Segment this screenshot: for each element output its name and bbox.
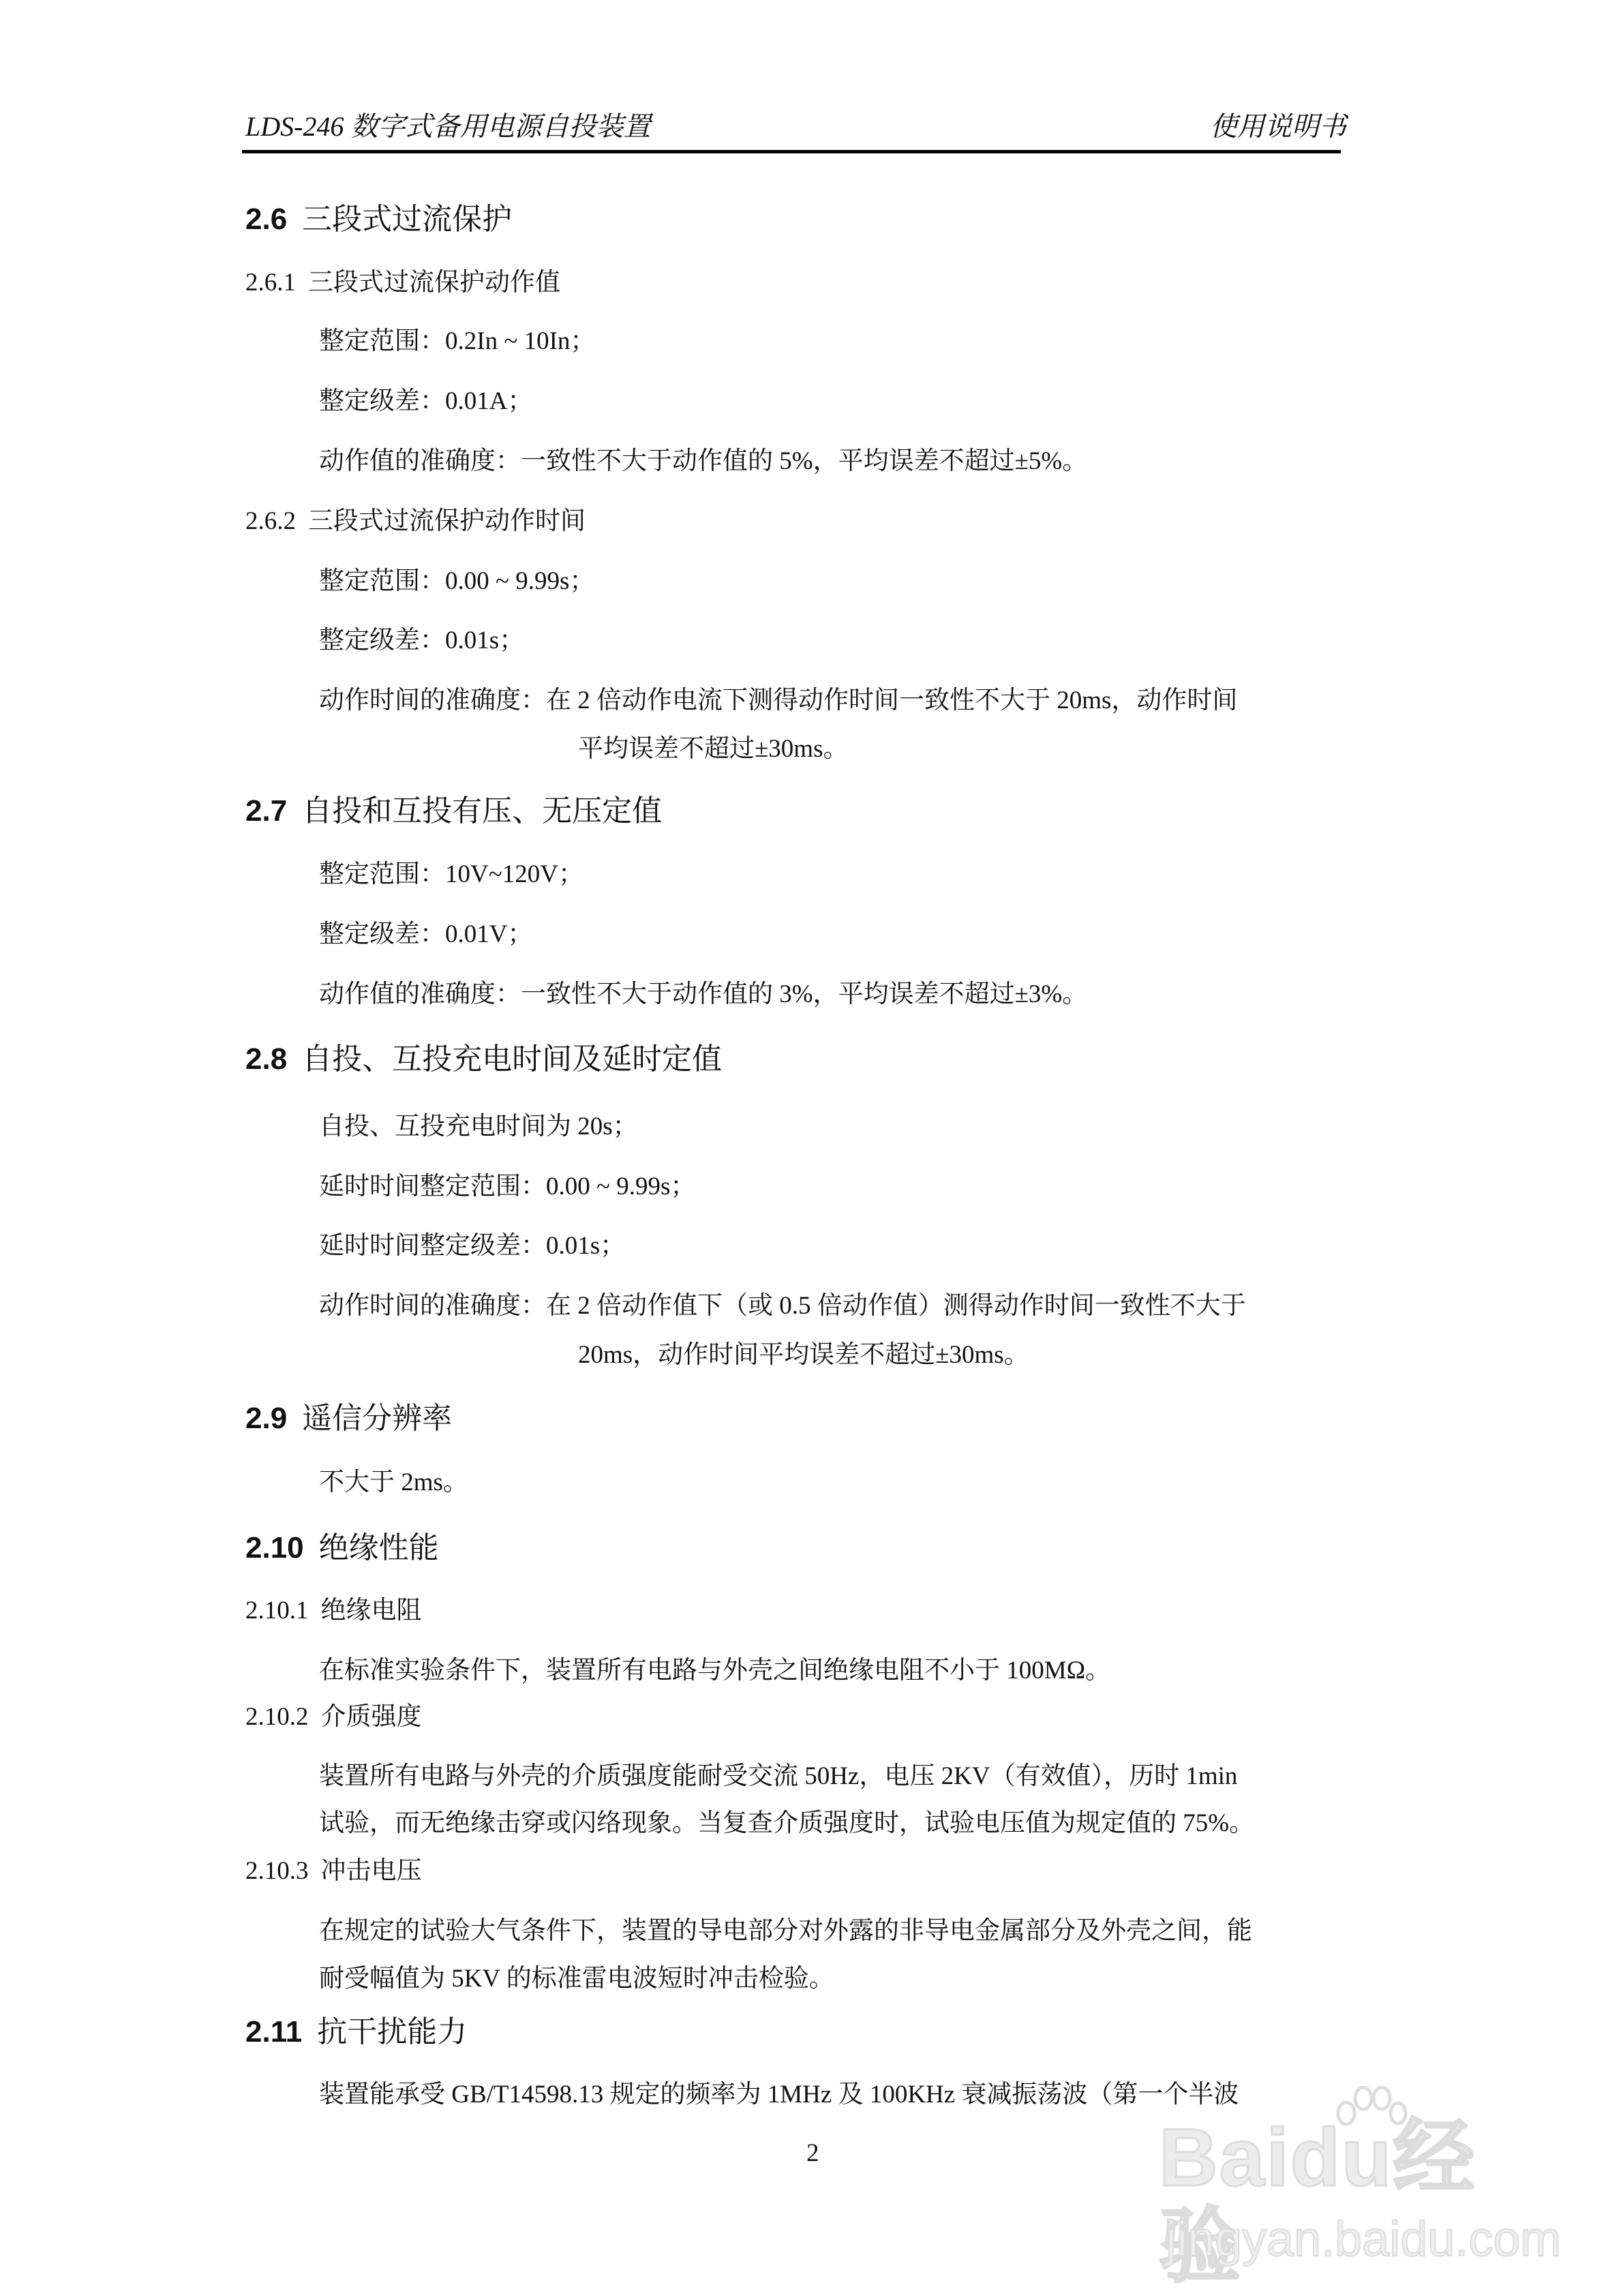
subsection-heading-2-10-2: 2.10.2介质强度 xyxy=(245,1702,422,1733)
paragraph-line: 自投、互投充电时间为 20s； xyxy=(319,1111,638,1143)
paragraph-line: 耐受幅值为 5KV 的标准雷电波短时冲击检验。 xyxy=(319,1963,834,1995)
subsection-title: 三段式过流保护动作时间 xyxy=(308,507,586,535)
paragraph-line: 整定级差：0.01A； xyxy=(319,386,532,417)
paragraph-line: 动作时间的准确度：在 2 倍动作值下（或 0.5 倍动作值）测得动作时间一致性不… xyxy=(319,1290,1246,1322)
section-heading-2-11: 2.11抗干扰能力 xyxy=(245,2014,467,2050)
paragraph-line: 整定范围：0.00 ~ 9.99s； xyxy=(319,566,594,597)
page-number: 2 xyxy=(806,2138,819,2169)
section-number: 2.11 xyxy=(245,2015,302,2049)
paragraph-line: 在标准实验条件下，装置所有电路与外壳之间绝缘电阻不小于 100MΩ。 xyxy=(319,1655,1110,1687)
section-heading-2-9: 2.9遥信分辨率 xyxy=(245,1401,452,1436)
section-title: 抗干扰能力 xyxy=(317,2014,467,2049)
subsection-number: 2.10.3 xyxy=(245,1857,309,1885)
paragraph-line: 20ms，动作时间平均误差不超过±30ms。 xyxy=(578,1340,1029,1371)
section-number: 2.8 xyxy=(245,1042,287,1076)
paragraph-line: 延时时间整定级差：0.01s； xyxy=(319,1230,625,1262)
section-title: 三段式过流保护 xyxy=(302,202,512,237)
subsection-heading-2-10-1: 2.10.1绝缘电阻 xyxy=(245,1595,422,1627)
watermark-url: jingyan.baidu.com xyxy=(1166,2212,1561,2267)
subsection-number: 2.6.2 xyxy=(245,507,296,535)
paragraph-line: 动作值的准确度：一致性不大于动作值的 3%，平均误差不超过±3%。 xyxy=(319,979,1087,1010)
paragraph-line: 整定级差：0.01s； xyxy=(319,625,524,656)
paragraph-line: 整定级差：0.01V； xyxy=(319,919,532,950)
paragraph-line: 不大于 2ms。 xyxy=(319,1467,468,1498)
section-heading-2-8: 2.8自投、互投充电时间及延时定值 xyxy=(245,1042,722,1077)
paragraph-line: 平均误差不超过±30ms。 xyxy=(578,734,849,765)
section-heading-2-6: 2.6三段式过流保护 xyxy=(245,202,512,237)
paragraph-line: 试验，而无绝缘击穿或闪络现象。当复查介质强度时，试验电压值为规定值的 75%。 xyxy=(319,1808,1254,1839)
section-title: 自投和互投有压、无压定值 xyxy=(302,794,662,828)
paragraph-line: 整定范围：10V~120V； xyxy=(319,859,583,890)
header-title: LDS-246 数字式备用电源自投装置 xyxy=(245,110,650,143)
section-number: 2.7 xyxy=(245,794,287,828)
subsection-number: 2.6.1 xyxy=(245,269,296,297)
paragraph-line: 装置能承受 GB/T14598.13 规定的频率为 1MHz 及 100KHz … xyxy=(319,2079,1239,2111)
section-heading-2-7: 2.7自投和互投有压、无压定值 xyxy=(245,794,662,829)
subsection-title: 三段式过流保护动作值 xyxy=(308,269,560,297)
subsection-number: 2.10.2 xyxy=(245,1703,309,1731)
header-doc-type: 使用说明书 xyxy=(1210,110,1346,143)
paragraph-line: 整定范围：0.2In ~ 10In； xyxy=(319,326,595,357)
section-number: 2.9 xyxy=(245,1402,287,1435)
subsection-heading-2-6-1: 2.6.1三段式过流保护动作值 xyxy=(245,267,560,299)
paragraph-line: 动作值的准确度：一致性不大于动作值的 5%，平均误差不超过±5%。 xyxy=(319,446,1087,477)
subsection-number: 2.10.1 xyxy=(245,1597,309,1625)
section-heading-2-10: 2.10绝缘性能 xyxy=(245,1530,439,1566)
section-title: 绝缘性能 xyxy=(319,1530,439,1565)
section-number: 2.6 xyxy=(245,202,287,236)
baidu-watermark: Baidu经验 jingyan.baidu.com xyxy=(1159,2086,1541,2284)
subsection-heading-2-6-2: 2.6.2三段式过流保护动作时间 xyxy=(245,506,586,537)
section-number: 2.10 xyxy=(245,1531,304,1565)
document-page: LDS-246 数字式备用电源自投装置 使用说明书 2.6三段式过流保护 2.6… xyxy=(0,0,1623,2296)
paragraph-line: 延时时间整定范围：0.00 ~ 9.99s； xyxy=(319,1171,695,1203)
section-title: 遥信分辨率 xyxy=(302,1401,452,1436)
paragraph-line: 在规定的试验大气条件下，装置的导电部分对外露的非导电金属部分及外壳之间，能 xyxy=(319,1916,1252,1947)
subsection-heading-2-10-3: 2.10.3冲击电压 xyxy=(245,1856,422,1887)
section-title: 自投、互投充电时间及延时定值 xyxy=(302,1042,722,1076)
subsection-title: 绝缘电阻 xyxy=(321,1597,422,1625)
subsection-title: 介质强度 xyxy=(321,1703,422,1731)
paragraph-line: 装置所有电路与外壳的介质强度能耐受交流 50Hz，电压 2KV（有效值），历时 … xyxy=(319,1761,1237,1792)
subsection-title: 冲击电压 xyxy=(321,1857,422,1885)
header-rule xyxy=(242,150,1341,153)
paragraph-line: 动作时间的准确度：在 2 倍动作电流下测得动作时间一致性不大于 20ms，动作时… xyxy=(319,685,1237,716)
